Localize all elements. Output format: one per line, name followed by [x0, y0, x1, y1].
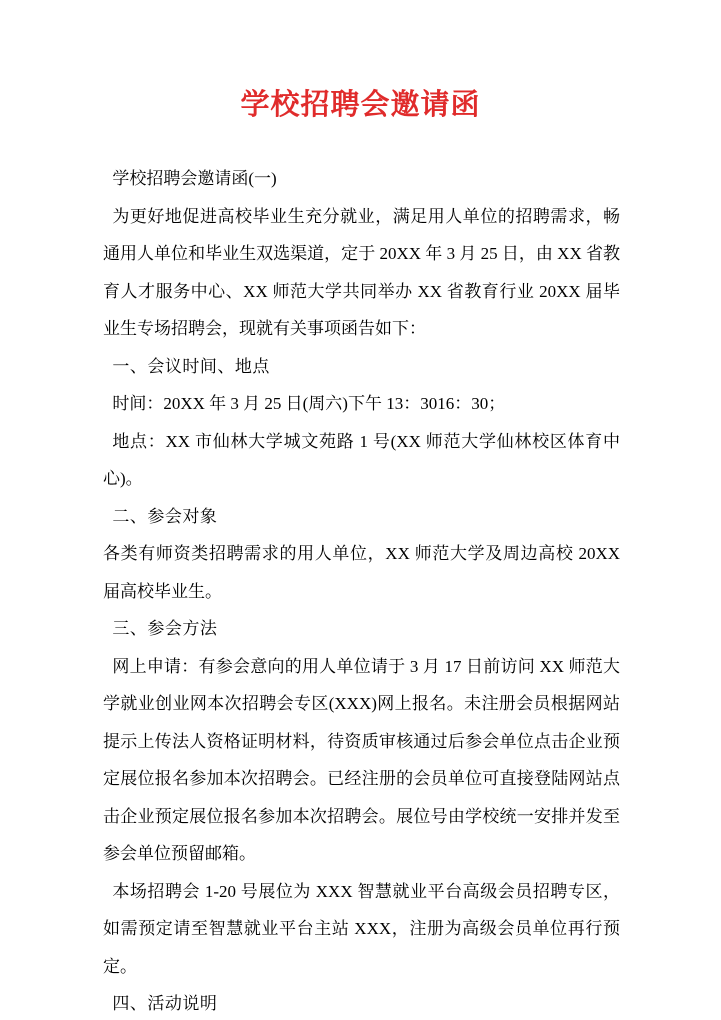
- section-heading: 一、会议时间、地点: [103, 348, 620, 386]
- paragraph: 本场招聘会 1-20 号展位为 XXX 智慧就业平台高级会员招聘专区，如需预定请…: [103, 873, 620, 986]
- section-heading: 四、活动说明: [103, 985, 620, 1020]
- section-heading: 二、参会对象: [103, 498, 620, 536]
- document-title: 学校招聘会邀请函: [100, 88, 621, 122]
- paragraph: 为更好地促进高校毕业生充分就业，满足用人单位的招聘需求，畅通用人单位和毕业生双选…: [103, 198, 620, 348]
- document-body: 学校招聘会邀请函(一)为更好地促进高校毕业生充分就业，满足用人单位的招聘需求，畅…: [103, 160, 620, 1020]
- paragraph: 时间：20XX 年 3 月 25 日(周六)下午 13：3016：30；: [103, 385, 620, 423]
- document-page: 学校招聘会邀请函 学校招聘会邀请函(一)为更好地促进高校毕业生充分就业，满足用人…: [0, 0, 721, 1020]
- paragraph: 地点：XX 市仙林大学城文苑路 1 号(XX 师范大学仙林校区体育中心)。: [103, 423, 620, 498]
- paragraph: 学校招聘会邀请函(一): [103, 160, 620, 198]
- section-heading: 三、参会方法: [103, 610, 620, 648]
- paragraph: 各类有师资类招聘需求的用人单位，XX 师范大学及周边高校 20XX 届高校毕业生…: [103, 535, 620, 610]
- paragraph: 网上申请：有参会意向的用人单位请于 3 月 17 日前访问 XX 师范大学就业创…: [103, 648, 620, 873]
